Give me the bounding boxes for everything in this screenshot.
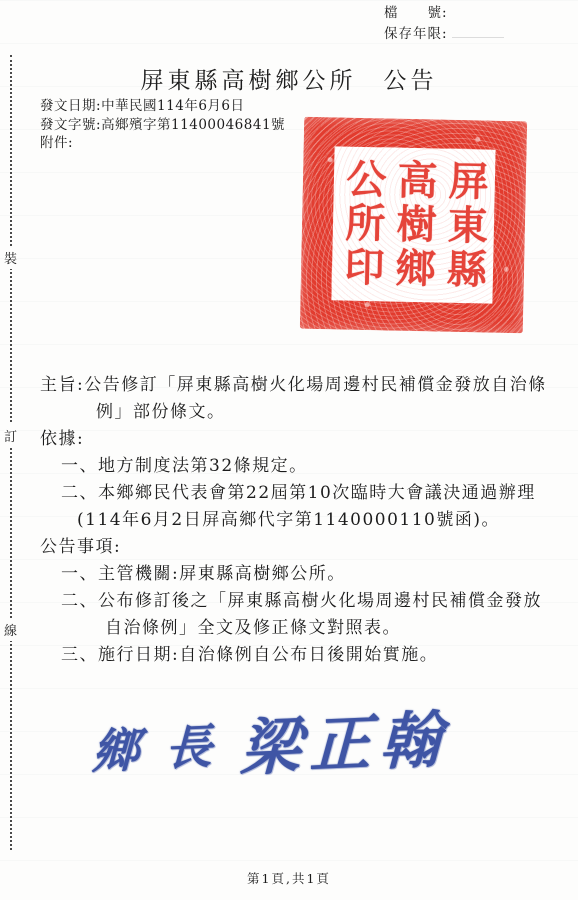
basis-item-1: 一、地方制度法第32條規定。 <box>61 453 556 480</box>
attachment-label: 附件: <box>40 135 73 151</box>
seal-column-1: 屏東縣 <box>440 160 490 293</box>
retention-period-label: 保存年限: <box>384 26 448 42</box>
issue-date-row: 發文日期:中華民國114年6月6日 <box>40 97 285 116</box>
announcement-item-3: 三、施行日期:自治條例自公布日後開始實施。 <box>61 642 556 669</box>
official-red-seal-inner: 屏東縣 高樹鄉 公所印 <box>331 146 495 303</box>
doc-number-label: 發文字號: <box>40 117 101 133</box>
binding-dotted-line <box>10 55 12 850</box>
seal-column-3: 公所印 <box>337 157 387 290</box>
file-number-label: 檔 號: <box>384 3 504 24</box>
retention-period-blank <box>452 25 504 38</box>
document-title: 屏東縣高樹鄉公所 公告 <box>0 62 578 95</box>
announcement-body: 主旨:公告修訂「屏東縣高樹火化場周邊村民補償金發放自治條例」部份條文。 依據: … <box>40 372 556 669</box>
announcement-item-2: 二、公布修訂後之「屏東縣高樹火化場周邊村民補償金發放自治條例」全文及修正條文對照… <box>61 588 556 642</box>
document-meta-block: 發文日期:中華民國114年6月6日 發文字號:高鄉殯字第11400046841號… <box>40 97 285 153</box>
subject-label: 主旨: <box>40 375 84 395</box>
announcement-document-page: 裝 訂 線 檔 號: 保存年限: 屏東縣高樹鄉公所 公告 發文日期:中華民國11… <box>0 0 578 900</box>
official-red-seal: 屏東縣 高樹鄉 公所印 <box>300 117 527 334</box>
basis-section-label: 依據: <box>40 426 556 453</box>
subject-paragraph: 主旨:公告修訂「屏東縣高樹火化場周邊村民補償金發放自治條例」部份條文。 <box>40 372 556 426</box>
retention-period-row: 保存年限: <box>384 24 504 45</box>
basis-item-2: 二、本鄉鄉民代表會第22屆第10次臨時大會議決通過辦理(114年6月2日屏高鄉代… <box>61 480 556 534</box>
binding-mark-ding: 訂 <box>4 424 17 447</box>
issue-date-label: 發文日期: <box>40 98 101 114</box>
announcement-item-1: 一、主管機關:屏東縣高樹鄉公所。 <box>61 561 556 588</box>
doc-number-row: 發文字號:高鄉殯字第11400046841號 <box>40 116 285 135</box>
binding-mark-zhuang: 裝 <box>4 246 17 269</box>
attachment-row: 附件: <box>40 134 285 153</box>
subject-text: 公告修訂「屏東縣高樹火化場周邊村民補償金發放自治條例」部份條文。 <box>84 375 547 422</box>
mayor-name: 梁正翰 <box>239 704 451 784</box>
mayor-title: 鄉長 <box>91 719 238 780</box>
mayor-signature-stamp: 鄉長梁正翰 <box>91 689 503 794</box>
announcement-section-label: 公告事項: <box>40 534 556 561</box>
binding-mark-xian: 線 <box>4 618 17 641</box>
seal-column-2: 高樹鄉 <box>389 159 439 292</box>
archive-info-block: 檔 號: 保存年限: <box>384 3 504 45</box>
issue-date-value: 中華民國114年6月6日 <box>101 98 244 114</box>
page-number-footer: 第1頁,共1頁 <box>0 869 578 887</box>
doc-number-value: 高鄉殯字第11400046841號 <box>101 117 285 133</box>
